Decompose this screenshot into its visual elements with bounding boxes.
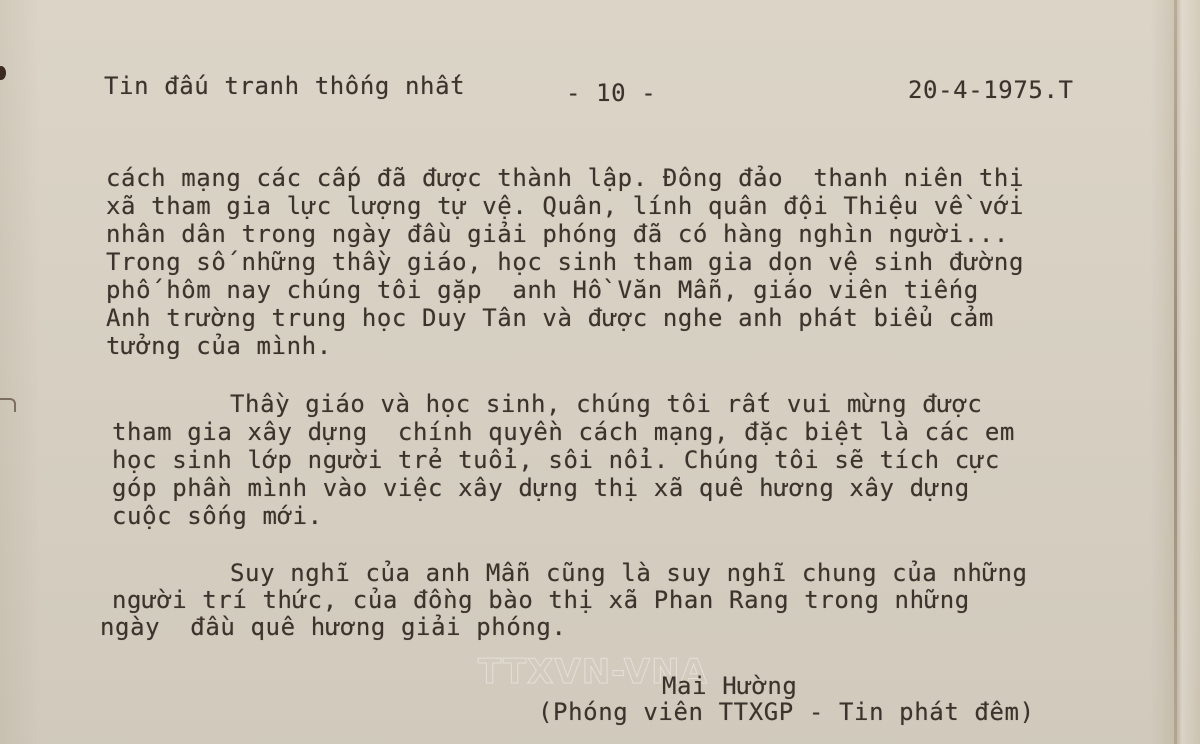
header-date: 20-4-1975.T [908, 76, 1074, 104]
paragraph-1-line-3: nhân dân trong ngày đầu giải phóng đã có… [106, 220, 1009, 248]
page-number: - 10 - [566, 79, 656, 107]
header-title: Tin đấu tranh thống nhất [104, 72, 465, 100]
paragraph-2-line-2: tham gia xây dựng chính quyền cách mạng,… [112, 418, 1015, 446]
paragraph-3-line-3: ngày đầu quê hương giải phóng. [100, 613, 567, 641]
paragraph-1-line-5: phố hôm nay chúng tôi gặp anh Hồ Văn Mẫn… [106, 276, 979, 304]
paragraph-3-line-2: người trí thức, của đồng bào thị xã Phan… [112, 586, 970, 614]
paragraph-2-line-1: Thầy giáo và học sinh, chúng tôi rất vui… [230, 390, 982, 418]
paragraph-1-line-6: Anh trường trung học Duy Tân và được ngh… [106, 304, 994, 332]
paragraph-3-line-1: Suy nghĩ của anh Mẫn cũng là suy nghĩ ch… [230, 559, 1028, 587]
paper-edge-mark [0, 398, 16, 412]
paragraph-2-line-5: cuộc sống mới. [112, 502, 323, 530]
paragraph-2-line-4: góp phần mình vào việc xây dựng thị xã q… [112, 474, 970, 502]
paper-fold-line [1174, 0, 1177, 744]
author-name: Mai Hường [662, 672, 797, 700]
punch-hole-mark [0, 66, 6, 80]
author-credit: (Phóng viên TTXGP - Tin phát đêm) [538, 698, 1035, 726]
typewritten-document-page: Tin đấu tranh thống nhất - 10 - 20-4-197… [0, 0, 1200, 744]
paragraph-1-line-4: Trong số những thầy giáo, học sinh tham … [106, 248, 1024, 276]
paragraph-1-line-2: xã tham gia lực lượng tự vệ. Quân, lính … [106, 192, 1024, 220]
paragraph-1-line-7: tưởng của mình. [106, 332, 332, 360]
paragraph-1-line-1: cách mạng các cấp đã được thành lập. Đôn… [106, 164, 1024, 192]
paragraph-2-line-3: học sinh lớp người trẻ tuổi, sôi nổi. Ch… [112, 446, 1000, 474]
